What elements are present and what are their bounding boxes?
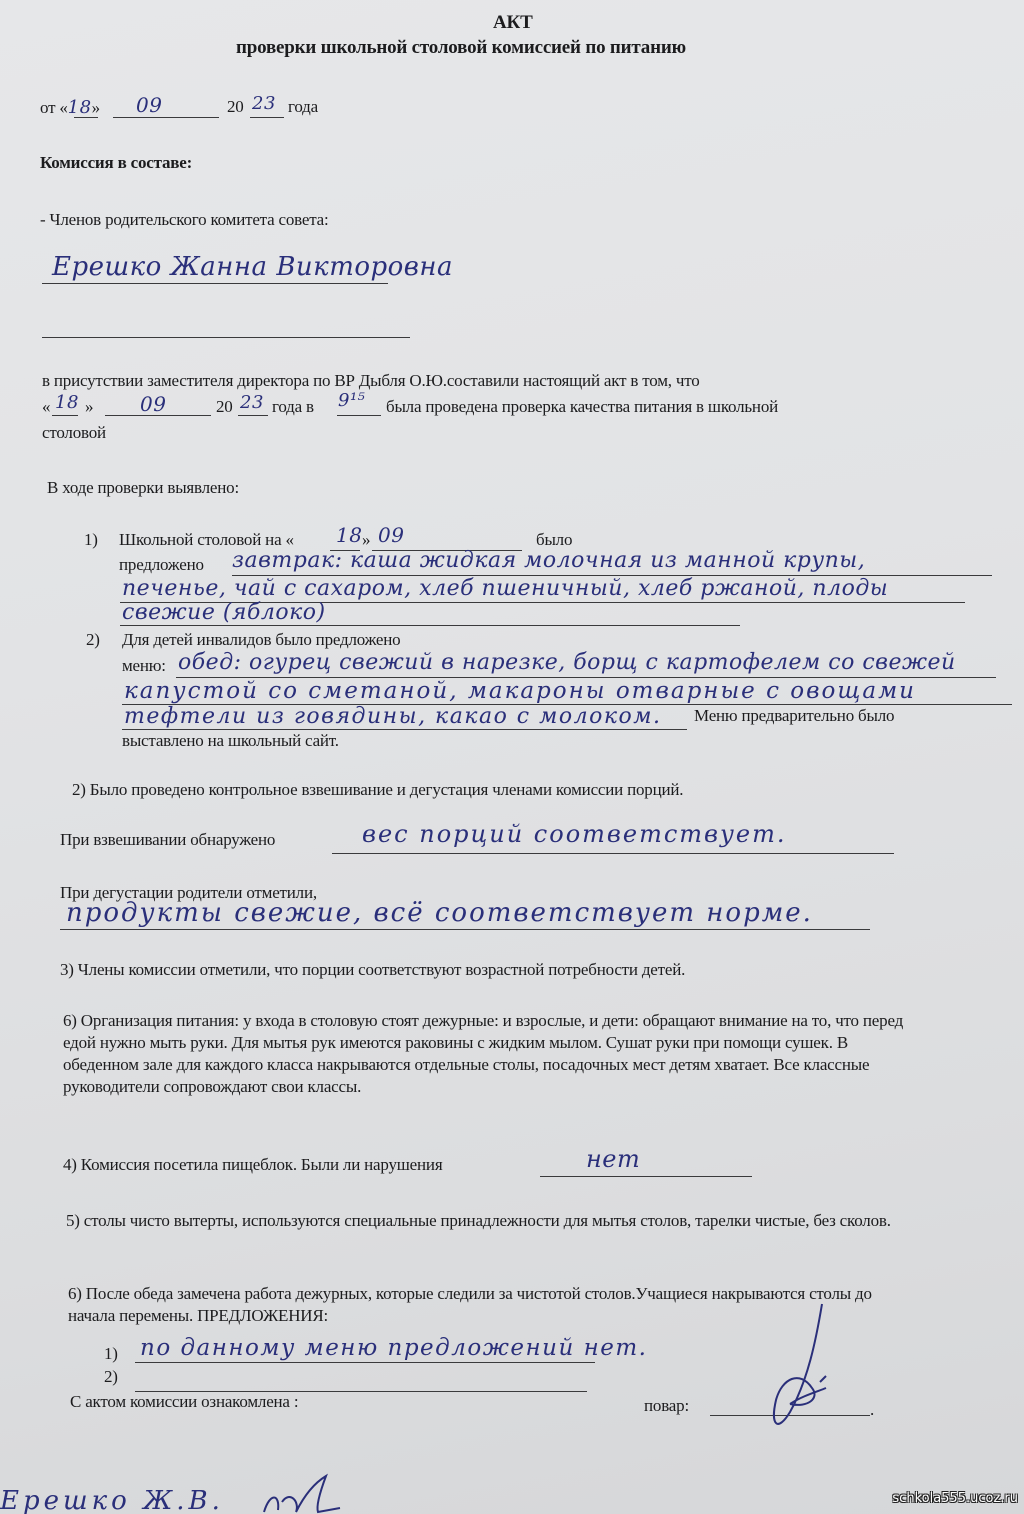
document-subtitle: проверки школьной столовой комиссией по … — [236, 37, 686, 59]
item2-menu-line1: обед: огурец свежий в нарезке, борщ с ка… — [178, 650, 956, 675]
weighing-text: 2) Было проведено контрольное взвешивани… — [72, 780, 683, 800]
item1-menu-line2: печенье, чай с сахаром, хлеб пшеничный, … — [122, 576, 888, 601]
proposal-1-value: по данному меню предложений нет. — [140, 1335, 647, 1361]
item2-menu-line3: тефтели из говядины, какао с молоком. — [124, 704, 661, 729]
item4-label: 4) Комиссия посетила пищеблок. Были ли н… — [63, 1155, 442, 1175]
organization-paragraph: 6) Организация питания: у входа в столов… — [63, 1010, 913, 1098]
presence-date-month: 09 — [140, 392, 166, 416]
date-month: 09 — [136, 93, 162, 117]
member-name: Ерешко Жанна Викторовна — [52, 252, 453, 282]
members-label: - Членов родительского комитета совета: — [40, 210, 329, 230]
item2-line3-underline — [122, 729, 687, 730]
item1-menu-line1: завтрак: каша жидкая молочная из манной … — [232, 548, 865, 573]
date-month-underline — [113, 117, 219, 118]
item1-menu-line3: свежие (яблоко) — [122, 600, 326, 625]
presence-date-day: 18 — [55, 392, 79, 413]
presence-year-suffix: 23 — [240, 392, 264, 413]
presence-year-word: года в — [272, 397, 314, 417]
tasting-underline — [60, 929, 870, 930]
item2-number: 2) — [86, 630, 100, 650]
item1-label-b: было — [536, 530, 572, 550]
member-blank-line — [42, 337, 410, 338]
scanned-document: АКТ проверки школьной столовой комиссией… — [0, 0, 1024, 1514]
presence-text-2: столовой — [42, 423, 106, 443]
item2-label: Для детей инвалидов было предложено — [122, 630, 400, 650]
presence-time: 9¹⁵ — [338, 390, 365, 411]
date-year-underline — [250, 117, 284, 118]
member-name-underline — [42, 283, 388, 284]
item2-after2: выставлено на школьный сайт. — [122, 731, 339, 751]
item4-value: нет — [586, 1145, 640, 1173]
item1-line3-underline — [120, 625, 740, 626]
acquainted-label: С актом комиссии ознакомлена : — [70, 1392, 298, 1412]
item1-month: 09 — [378, 523, 404, 547]
date-day: 18 — [68, 97, 92, 118]
item3-text: 3) Члены комиссии отметили, что порции с… — [60, 960, 685, 980]
weighing-found-label: При взвешивании обнаружено — [60, 830, 275, 850]
item2-menu-label: меню: — [122, 656, 166, 676]
presence-day-underline — [52, 415, 78, 416]
cook-signature — [730, 1300, 850, 1440]
presence-text-1: в присутствии заместителя директора по В… — [42, 371, 700, 391]
cook-end: . — [870, 1400, 874, 1420]
presence-time-underline — [337, 415, 381, 416]
presence-month-underline — [105, 415, 211, 416]
presence-date-open: « — [42, 397, 50, 417]
item5-paragraph: 5) столы чисто вытерты, используются спе… — [66, 1210, 966, 1232]
weighing-underline — [332, 853, 894, 854]
item2-menu-line2: капустой со сметаной, макароны отварные … — [124, 678, 916, 704]
date-day-underline — [74, 117, 98, 118]
item4-underline — [540, 1176, 752, 1177]
presence-date-close: » — [85, 397, 93, 417]
presence-year-prefix: 20 — [216, 397, 233, 417]
cook-label: повар: — [644, 1396, 689, 1416]
findings-heading: В ходе проверки выявлено: — [47, 478, 239, 498]
item1-number: 1) — [84, 530, 98, 550]
item1-label-a: Школьной столовой на « — [119, 530, 294, 550]
bottom-signature-name: Ерешко Ж.В. — [0, 1486, 224, 1514]
item2-after: Меню предварительно было — [694, 706, 894, 726]
proposal-1-number: 1) — [104, 1344, 118, 1364]
tasting-value: продукты свежие, всё соответствует норме… — [66, 898, 813, 928]
item1-label-c: предложено — [119, 555, 204, 575]
proposal-2-number: 2) — [104, 1367, 118, 1387]
date-year-suffix: 23 — [252, 93, 276, 114]
commission-heading: Комиссия в составе: — [40, 153, 192, 173]
presence-year-underline — [238, 415, 268, 416]
site-watermark: schkola555.ucoz.ru — [892, 1491, 1018, 1506]
date-line: от «18» — [40, 97, 100, 118]
presence-rest: была проведена проверка качества питания… — [386, 397, 778, 417]
date-year-prefix: 20 — [227, 97, 244, 117]
item1-day: 18 — [336, 523, 362, 547]
document-title: АКТ — [493, 12, 533, 34]
proposal-1-underline — [135, 1362, 595, 1363]
item1-close: » — [362, 530, 370, 550]
weighing-found-value: вес порций соответствует. — [362, 820, 787, 848]
bottom-signature-scribble — [260, 1472, 360, 1514]
date-suffix: года — [288, 97, 318, 117]
